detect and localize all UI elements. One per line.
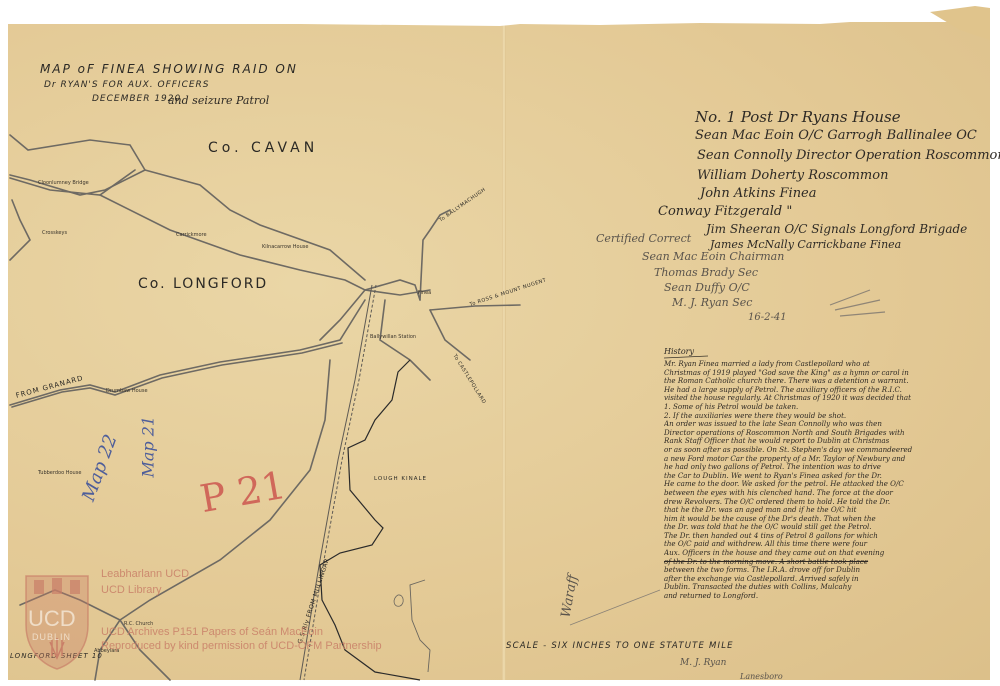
place-label: Crosskeys bbox=[42, 230, 67, 236]
crest-ucd-text: UCD bbox=[28, 606, 76, 632]
history-line: and returned to Longford. bbox=[664, 592, 994, 601]
history-line: Christmas of 1919 played "God save the K… bbox=[664, 369, 994, 378]
roster-line: Conway Fitzgerald " bbox=[658, 204, 792, 219]
history-line: Director operations of Roscommon North a… bbox=[664, 429, 994, 438]
history-line: The Dr. then handed out 4 tins of Petrol… bbox=[664, 532, 994, 541]
history-line: Rank Staff Officer that he would report … bbox=[664, 437, 994, 446]
scale-note: SCALE - SIX INCHES TO ONE STATUTE MILE bbox=[506, 641, 734, 651]
lough-kinale-label: LOUGH KINALE bbox=[374, 476, 427, 482]
history-line: visited the house regularly. At Christma… bbox=[664, 394, 994, 403]
history-line: him it would be the cause of the Dr's de… bbox=[664, 515, 994, 524]
roster-line: Sean Mac Eoin O/C Garrogh Ballinalee OC bbox=[695, 128, 977, 143]
place-label: Carrickmore bbox=[176, 232, 207, 238]
finea-label: Finea bbox=[418, 290, 431, 296]
history-line: He had a large supply of Petrol. The aux… bbox=[664, 386, 994, 395]
history-line: after the exchange via Castlepollard. Ar… bbox=[664, 575, 994, 584]
history-line: He came to the door. We asked for the pe… bbox=[664, 480, 994, 489]
watermark-irish-name: Leabharlann UCD bbox=[101, 568, 189, 580]
history-text: Mr. Ryan Finea married a lady from Castl… bbox=[664, 360, 994, 601]
roster-line: No. 1 Post Dr Ryans House bbox=[695, 108, 901, 126]
place-label: Tubberdoo House bbox=[38, 470, 81, 476]
map-title-addendum: and seizure Patrol bbox=[168, 94, 269, 107]
certification-line: Sean Duffy O/C bbox=[664, 281, 750, 294]
certification-date: 16-2-41 bbox=[748, 312, 787, 323]
history-line: between the two forms. The I.R.A. drove … bbox=[664, 566, 994, 575]
roster-line: Sean Connolly Director Operation Roscomm… bbox=[697, 148, 1000, 163]
history-line: that he the Dr. was an aged man and if h… bbox=[664, 506, 994, 515]
roster-line: William Doherty Roscommon bbox=[697, 168, 888, 183]
certification-line: Thomas Brady Sec bbox=[654, 266, 758, 279]
county-longford-label: Co. LONGFORD bbox=[138, 276, 268, 292]
bottom-signature-place: Lanesboro bbox=[740, 672, 783, 681]
map-title-line-1: MAP oF FINEA SHOWING RAID ON bbox=[40, 62, 298, 76]
county-cavan-label: Co. CAVAN bbox=[208, 140, 318, 156]
history-line: the Dr. was told that he the O/C would s… bbox=[664, 523, 994, 532]
history-line: he had only two gallons of Petrol. The i… bbox=[664, 463, 994, 472]
history-line: 2. If the auxiliaries were there they wo… bbox=[664, 412, 994, 421]
place-label: Kilnacarrow House bbox=[262, 244, 308, 250]
history-line: the Roman Catholic church there. There w… bbox=[664, 377, 994, 386]
history-line: drew Revolvers. The O/C ordered them to … bbox=[664, 498, 994, 507]
certification-line: Sean Mac Eoin Chairman bbox=[642, 250, 784, 263]
history-line: the Car to Dublin. We went to Ryan's Fin… bbox=[664, 472, 994, 481]
watermark-collection: UCD Archives P151 Papers of Seán MacEoin bbox=[101, 626, 323, 638]
history-line: the O/C paid and withdrew. All this time… bbox=[664, 540, 994, 549]
roster-line: John Atkins Finea bbox=[700, 186, 817, 201]
roster-line: Jim Sheeran O/C Signals Longford Brigade bbox=[706, 222, 967, 236]
history-line: Mr. Ryan Finea married a lady from Castl… bbox=[664, 360, 994, 369]
watermark-english-name: UCD Library bbox=[101, 584, 162, 596]
watermark-permission: Reproduced by kind permission of UCD-OFM… bbox=[101, 640, 382, 652]
blue-pencil-map-21: Map 21 bbox=[139, 416, 158, 478]
crest-dublin-text: DUBLIN bbox=[32, 632, 71, 642]
history-line: An order was issued to the late Sean Con… bbox=[664, 420, 994, 429]
certification-line: Certified Correct bbox=[596, 232, 691, 245]
history-heading: History bbox=[664, 347, 694, 356]
history-line: Aux. Officers in the house and they came… bbox=[664, 549, 994, 558]
bottom-signature: M. J. Ryan bbox=[680, 658, 726, 668]
history-line: of the Dr. to the morning move. A short … bbox=[664, 558, 994, 567]
history-line: between the eyes with his clenched hand.… bbox=[664, 489, 994, 498]
map-title-line-2: Dr RYAN'S FOR AUX. OFFICERS bbox=[44, 80, 210, 90]
place-label: Cloonlumney Bridge bbox=[38, 180, 89, 186]
history-line: 1. Some of his Petrol would be taken. bbox=[664, 403, 994, 412]
history-line: a new Ford motor Car the property of a M… bbox=[664, 455, 994, 464]
place-label: Drumbaw House bbox=[106, 388, 148, 394]
history-line: or as soon after as possible. On St. Ste… bbox=[664, 446, 994, 455]
history-line: Dublin. Transacted the duties with Colli… bbox=[664, 583, 994, 592]
station-label: Ballywillan Station bbox=[370, 334, 416, 340]
certification-line: M. J. Ryan Sec bbox=[672, 296, 752, 309]
